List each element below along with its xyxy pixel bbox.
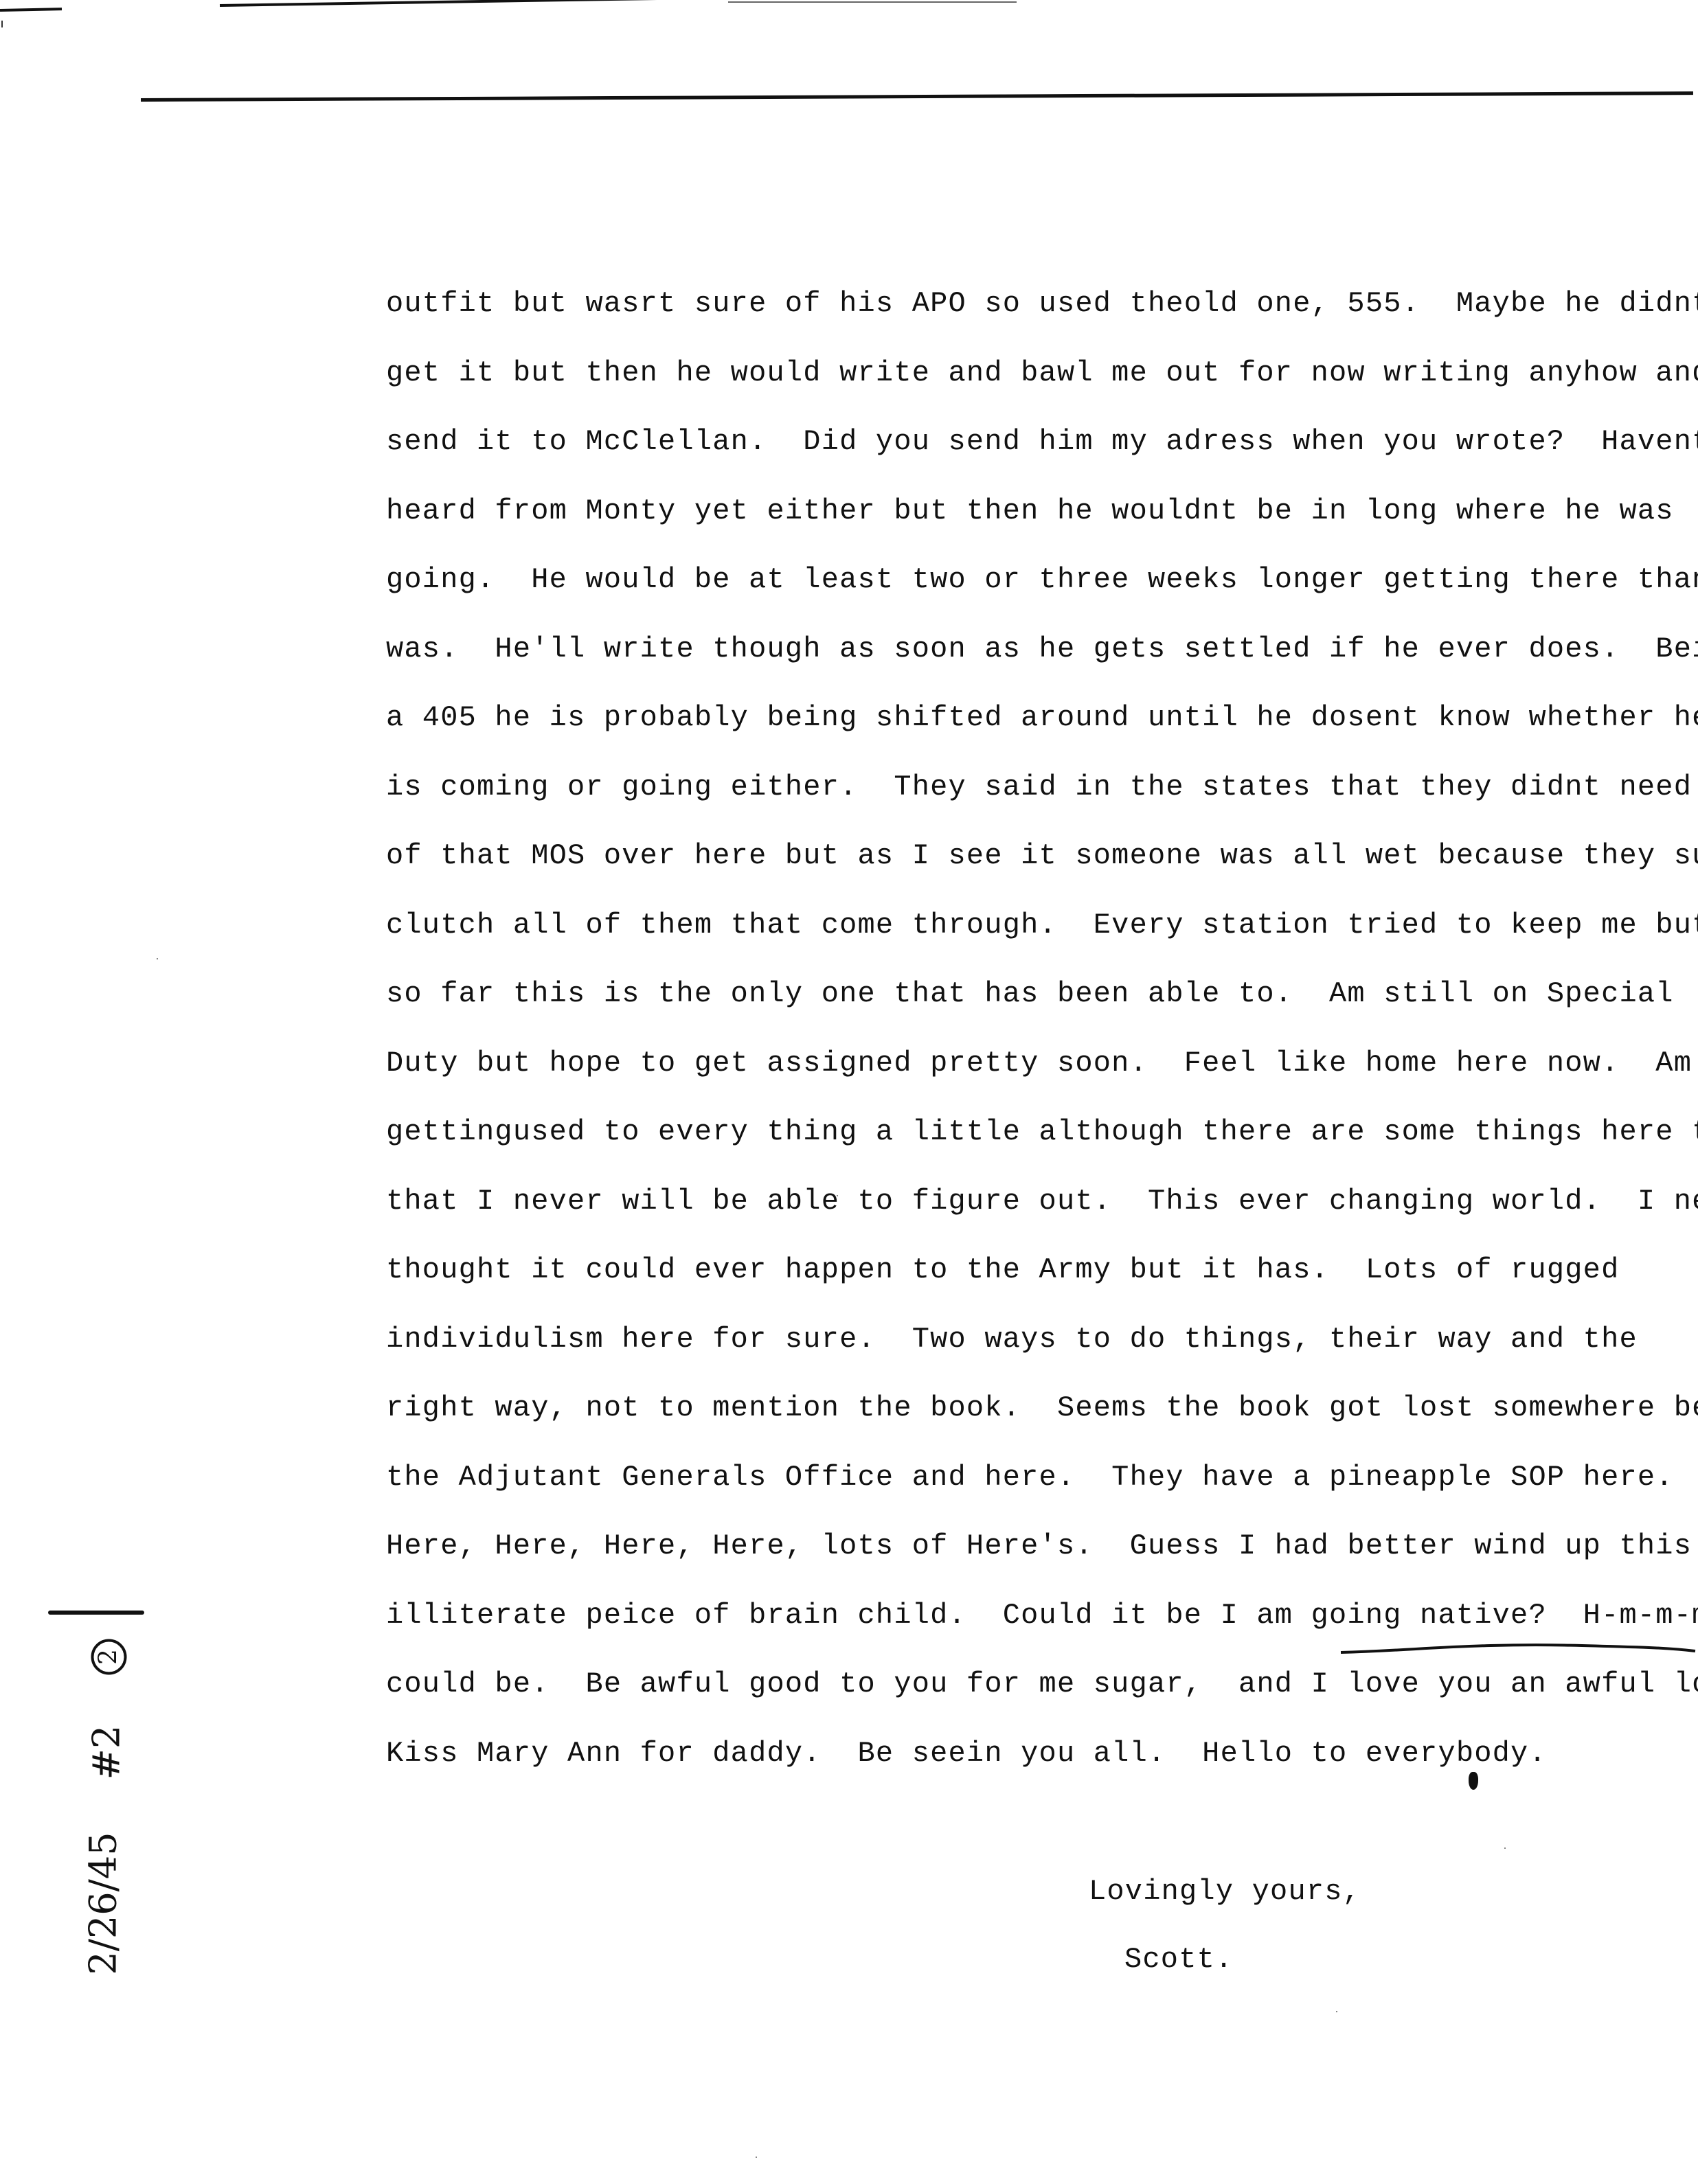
body-line: is coming or going either. They said in … xyxy=(386,766,1698,836)
ink-blot xyxy=(1469,1772,1478,1790)
margin-pen-bar xyxy=(48,1611,144,1615)
body-line: get it but then he would write and bawl … xyxy=(386,352,1698,422)
letter-page: outfit but wasrt sure of his APO so used… xyxy=(0,0,1698,2184)
body-line: going. He would be at least two or three… xyxy=(386,559,1698,628)
body-line: Duty but hope to get assigned pretty soo… xyxy=(386,1043,1698,1112)
body-line: so far this is the only one that has bee… xyxy=(386,973,1698,1043)
body-line: that I never will be able to figure out.… xyxy=(386,1181,1698,1250)
scan-speck xyxy=(1336,2011,1337,2012)
letter-body: outfit but wasrt sure of his APO so used… xyxy=(386,283,1698,1801)
body-line: right way, not to mention the book. Seem… xyxy=(386,1387,1698,1457)
scan-speck xyxy=(837,1195,838,1196)
body-line: send it to McClellan. Did you send him m… xyxy=(386,421,1698,490)
handwritten-date: 2/26/45 xyxy=(82,1828,125,1979)
body-line: Kiss Mary Ann for daddy. Be seein you al… xyxy=(386,1733,1698,1802)
body-line: clutch all of them that come through. Ev… xyxy=(386,905,1698,974)
body-line: individulism here for sure. Two ways to … xyxy=(386,1319,1698,1388)
scan-speck xyxy=(157,958,158,959)
body-line: outfit but wasrt sure of his APO so used… xyxy=(386,283,1698,352)
body-line: could be. Be awful good to you for me su… xyxy=(386,1663,1698,1733)
handwritten-item-number: #2 xyxy=(85,1715,128,1790)
body-line: the Adjutant Generals Office and here. T… xyxy=(386,1457,1698,1526)
letter-signature: Scott. xyxy=(1124,1943,1233,1976)
scan-edge-rule xyxy=(728,1,1017,3)
top-horizontal-rule xyxy=(141,91,1693,102)
body-line: was. He'll write though as soon as he ge… xyxy=(386,628,1698,698)
body-line: thought it could ever happen to the Army… xyxy=(386,1249,1698,1319)
body-line: a 405 he is probably being shifted aroun… xyxy=(386,697,1698,766)
scan-edge-rule xyxy=(220,0,659,7)
handwritten-page-marker: 2 xyxy=(82,1630,127,1685)
scan-edge-rule xyxy=(0,8,62,12)
scan-speck xyxy=(1504,1847,1506,1849)
letter-closing: Lovingly yours, xyxy=(1089,1875,1361,1908)
scan-speck xyxy=(756,2157,757,2158)
body-line: of that MOS over here but as I see it so… xyxy=(386,835,1698,905)
body-line: gettingused to every thing a little alth… xyxy=(386,1111,1698,1181)
body-line: Here, Here, Here, Here, lots of Here's. … xyxy=(386,1525,1698,1595)
circled-page-number: 2 xyxy=(91,1639,127,1675)
pen-underline-stroke xyxy=(1339,1640,1697,1661)
body-line: heard from Monty yet either but then he … xyxy=(386,490,1698,560)
scan-edge-tick xyxy=(1,21,3,27)
